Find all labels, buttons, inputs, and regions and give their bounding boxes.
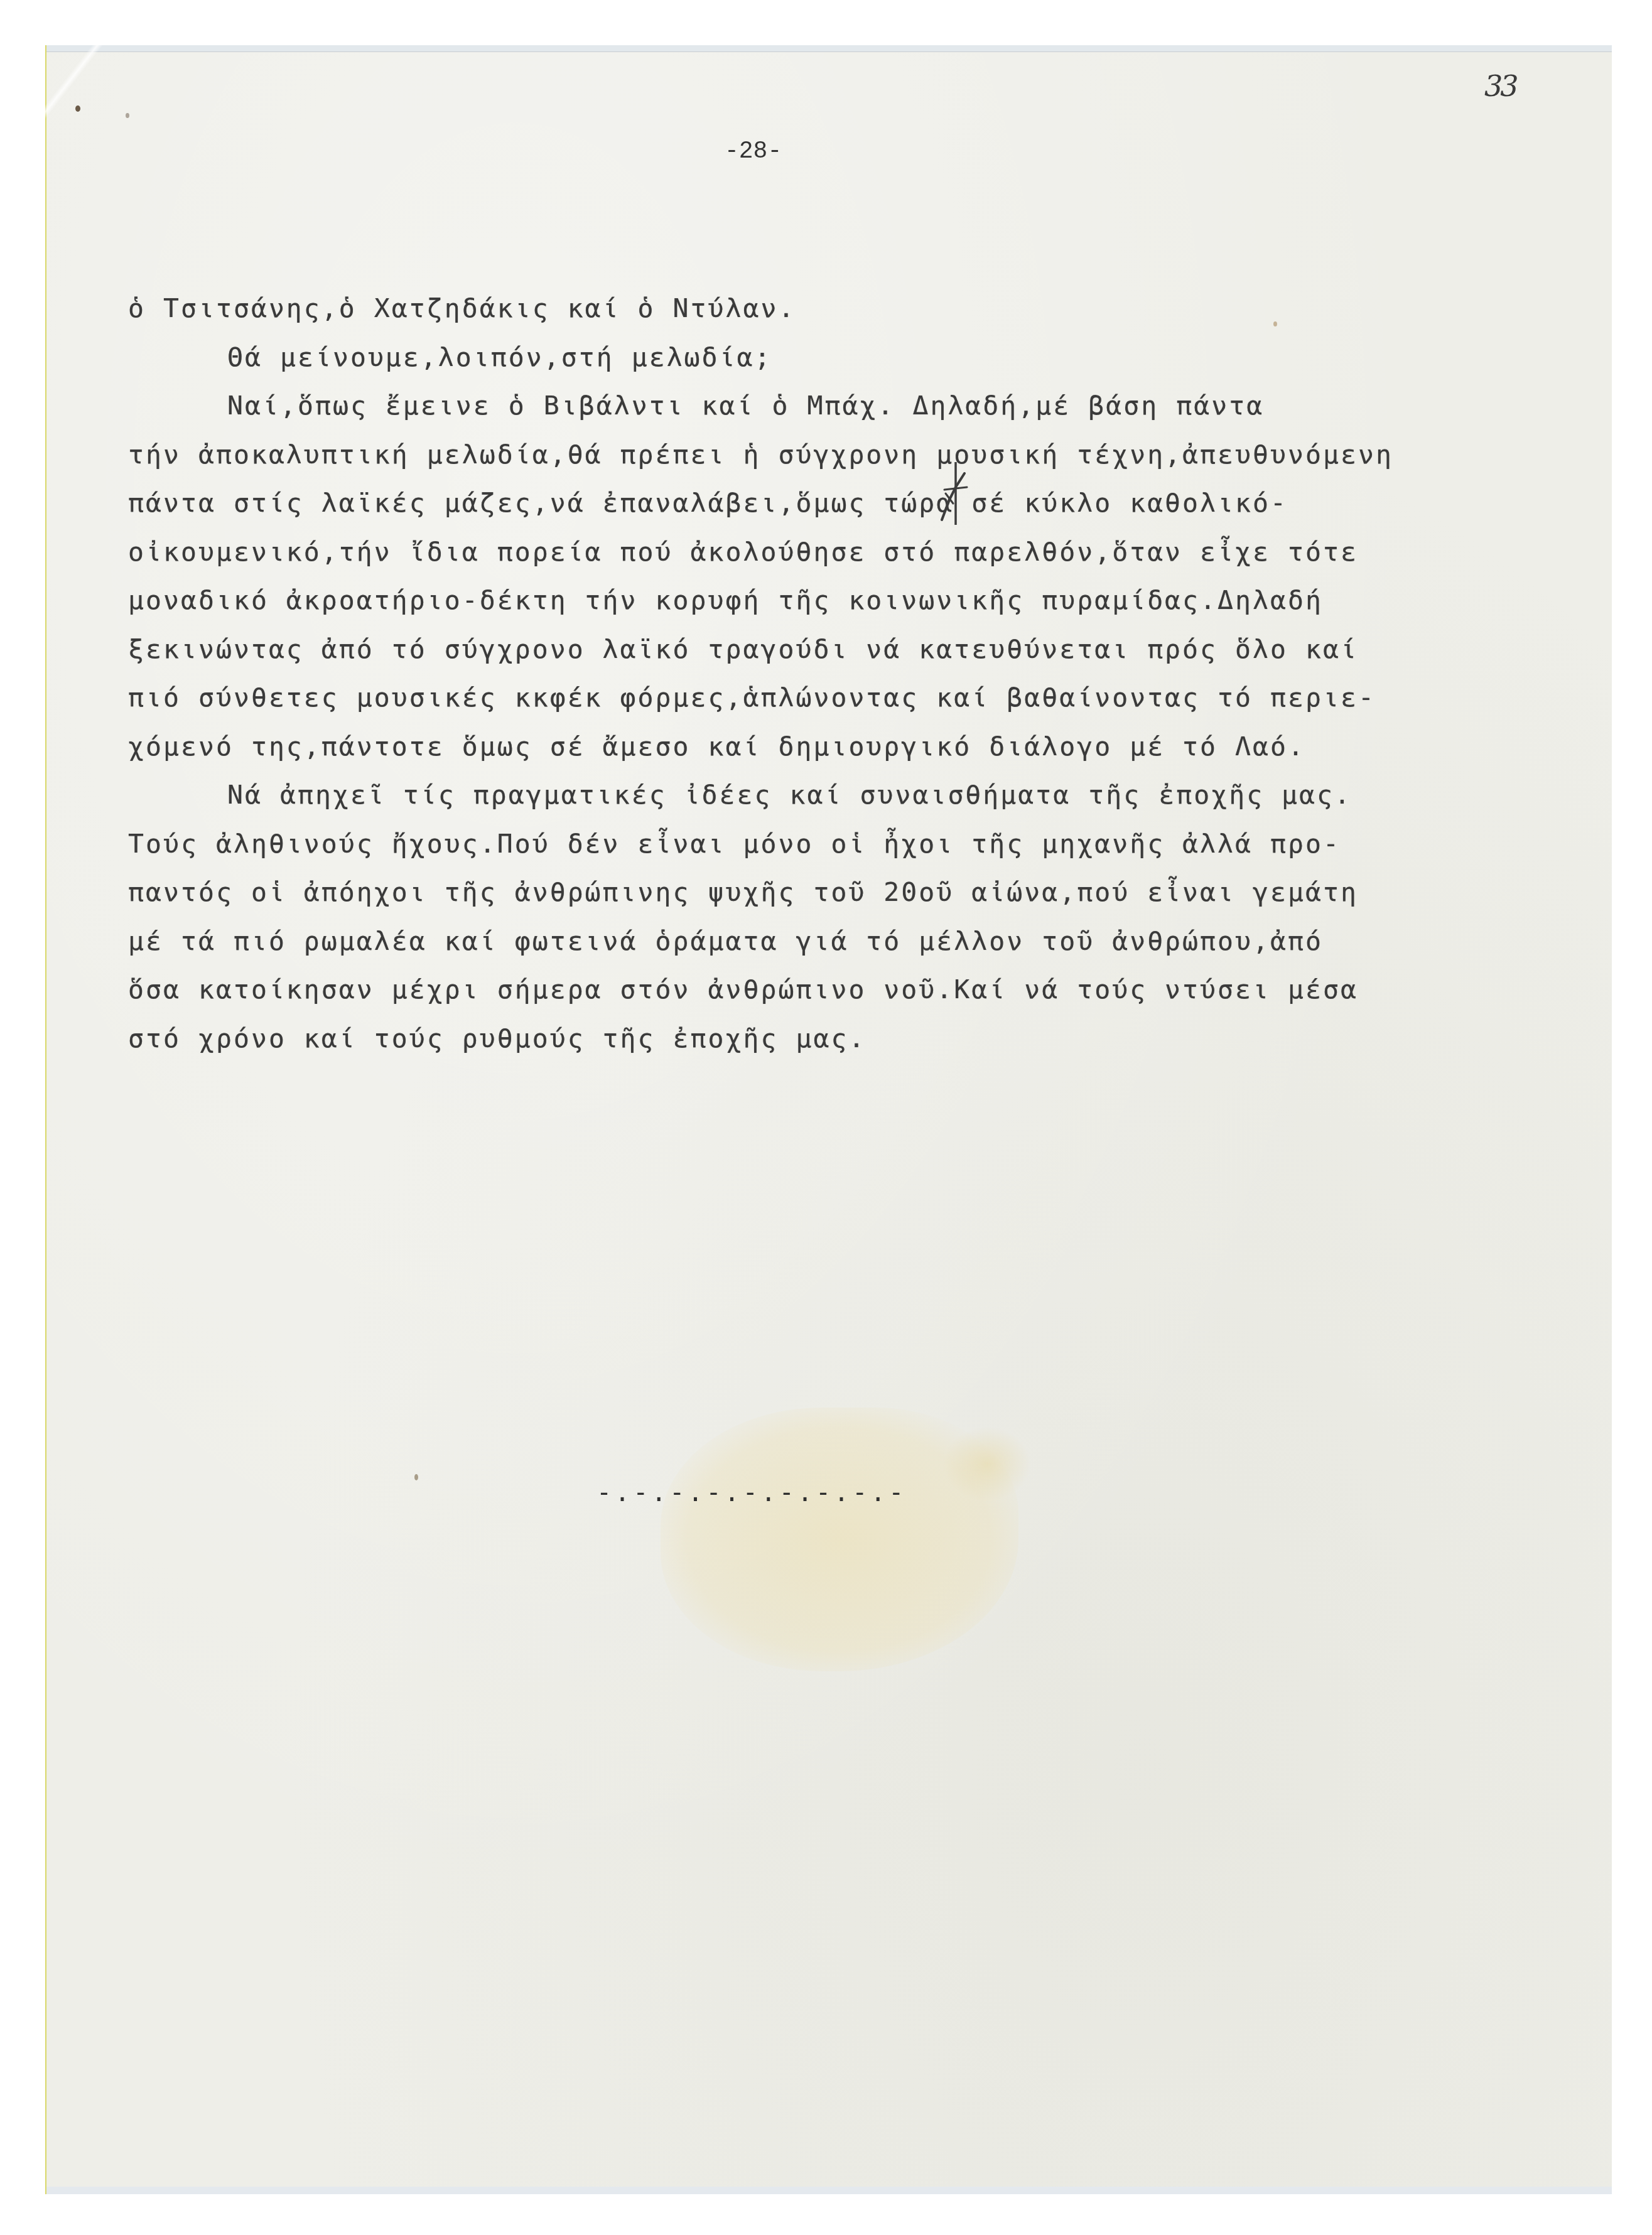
handwritten-folio-number: 33: [1484, 69, 1516, 103]
text-line: πάντα στίς λαϊκές μάζες,νά ἐπαναλάβει,ὅμ…: [128, 478, 1610, 527]
paper-hole: [75, 105, 80, 112]
typewritten-page: 33 -28- ὁ Τσιτσάνης,ὁ Χατζηδάκις καί ὁ Ν…: [45, 45, 1612, 2194]
water-stain-small: [943, 1426, 1031, 1502]
body-text: ὁ Τσιτσάνης,ὁ Χατζηδάκις καί ὁ Ντύλαν. Θ…: [128, 284, 1610, 1062]
text-line: Νά ἀπηχεῖ τίς πραγματικές ἰδέες καί συνα…: [128, 770, 1610, 819]
paragraph-2: Θά μείνουμε,λοιπόν,στή μελωδία;: [128, 333, 1610, 382]
paper-spot: [414, 1474, 418, 1480]
text-line: τήν ἀποκαλυπτική μελωδία,θά πρέπει ἡ σύγ…: [128, 430, 1610, 479]
page-number: -28-: [725, 138, 782, 165]
paragraph-3: Ναί,ὅπως ἔμεινε ὁ Βιβάλντι καί ὁ Μπάχ. Δ…: [128, 381, 1610, 770]
text-line: πιό σύνθετες μουσικές κκφέκ φόρμες,ἁπλών…: [128, 673, 1610, 722]
end-divider: -.-.-.-.-.-.-.-.-: [597, 1478, 907, 1507]
handwritten-correction-icon: [937, 462, 971, 525]
text-line: ὁ Τσιτσάνης,ὁ Χατζηδάκις καί ὁ Ντύλαν.: [128, 284, 1610, 333]
text-line: παντός οἱ ἀπόηχοι τῆς ἀνθρώπινης ψυχῆς τ…: [128, 868, 1610, 917]
text-line: στό χρόνο καί τούς ρυθμούς τῆς ἐποχῆς μα…: [128, 1014, 1610, 1063]
text-line: χόμενό της,πάντοτε ὅμως σέ ἄμεσο καί δημ…: [128, 722, 1610, 771]
text-line: ὅσα κατοίκησαν μέχρι σήμερα στόν ἀνθρώπι…: [128, 965, 1610, 1014]
paragraph-4: Νά ἀπηχεῖ τίς πραγματικές ἰδέες καί συνα…: [128, 770, 1610, 1062]
paper-crease: [45, 45, 109, 202]
paper-left-edge: [45, 45, 46, 2194]
text-line: Ναί,ὅπως ἔμεινε ὁ Βιβάλντι καί ὁ Μπάχ. Δ…: [128, 381, 1610, 430]
text-line: μέ τά πιό ρωμαλέα καί φωτεινά ὁράματα γι…: [128, 917, 1610, 966]
paper-hole: [126, 113, 129, 118]
text-line: Τούς ἀληθινούς ἤχους.Πού δέν εἶναι μόνο …: [128, 819, 1610, 868]
text-line: οἰκουμενικό,τήν ἴδια πορεία πού ἀκολούθη…: [128, 527, 1610, 576]
text-line: Θά μείνουμε,λοιπόν,στή μελωδία;: [128, 333, 1610, 382]
paper-bottom-edge: [45, 2187, 1612, 2194]
text-line: ξεκινώντας ἀπό τό σύγχρονο λαϊκό τραγούδ…: [128, 625, 1610, 674]
paragraph-1: ὁ Τσιτσάνης,ὁ Χατζηδάκις καί ὁ Ντύλαν.: [128, 284, 1610, 333]
text-line: μοναδικό ἀκροατήριο-δέκτη τήν κορυφή τῆς…: [128, 576, 1610, 625]
paper-top-edge: [45, 45, 1612, 52]
